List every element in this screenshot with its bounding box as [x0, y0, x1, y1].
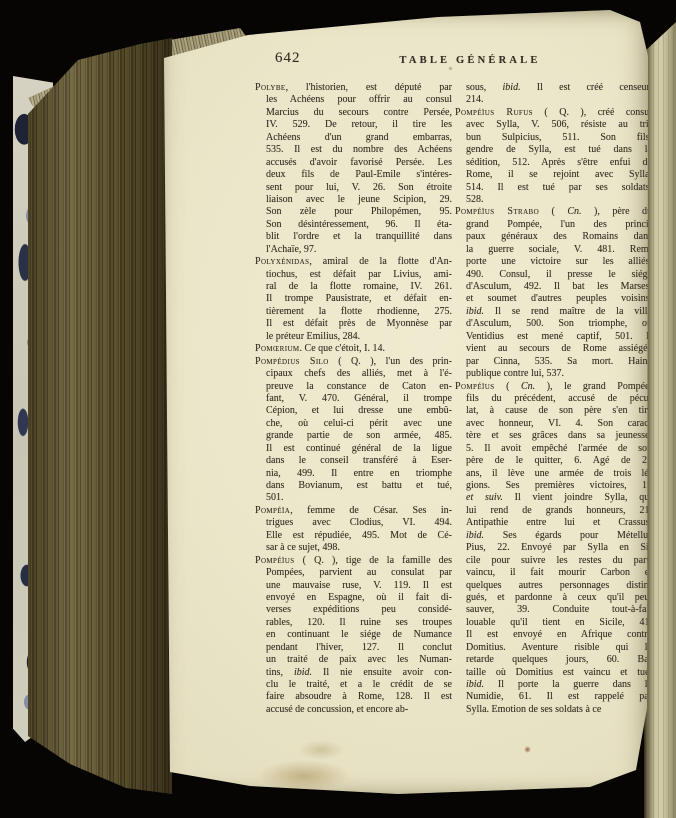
text-line: envoyé en Espagne, où il fait di-: [255, 592, 452, 604]
text-line: lui rend de grands honneurs, 21.: [455, 505, 652, 517]
text-line: Pompédius Silo ( Q. ), l'un des prin-: [255, 356, 452, 368]
text-line: 5. Il avoit empêché l'armée de son: [455, 443, 652, 455]
text-line: 528.: [455, 194, 652, 206]
foxing-spot: [448, 66, 453, 71]
text-line: ral de la flotte romaine, IV. 261.: [255, 281, 452, 293]
text-line: louable qu'il tient en Sicile, 41.: [455, 617, 652, 629]
text-line: sauver, 39. Conduite tout-à-fait: [455, 604, 652, 616]
text-line: sent pour lui, V. 26. Son étroite: [255, 182, 452, 194]
text-line: ans, il lève une armée de trois lé-: [455, 468, 652, 480]
text-line: trigues avec Clodius, VI. 494.: [255, 517, 452, 529]
text-line: par Cinna, 535. Sa mort. Haine: [455, 356, 652, 368]
text-line: Elle est répudiée, 495. Mot de Cé-: [255, 530, 452, 542]
text-line: père de le quitter, 6. Agé de 23: [455, 455, 652, 467]
text-line: deux fils de Paul-Emile s'intéres-: [255, 169, 452, 181]
text-line: et soumet d'autres peuples voisins,: [455, 293, 652, 305]
text-line: ibid. Il porte la guerre dans la: [455, 679, 652, 691]
text-line: cipaux chefs des alliés, met à l'é-: [255, 368, 452, 380]
text-line: 490. Consul, il presse le siége: [455, 269, 652, 281]
text-line: verses expéditions peu considé-: [255, 604, 452, 616]
text-line: et suiv. Il vient joindre Sylla, qui: [455, 492, 652, 504]
text-line: grand Pompée, l'un des princi-: [455, 219, 652, 231]
text-line: sédition, 512. Après s'être enfui de: [455, 157, 652, 169]
text-line: porte une victoire sur les alliés,: [455, 256, 652, 268]
text-line: vient au secours de Rome assiégée: [455, 343, 652, 355]
text-line: Il est continué général de la ligue: [255, 443, 452, 455]
scan-background: { "book": { "page_number": "642", "runni…: [0, 0, 676, 818]
text-line: pendant l'hiver, 127. Il conclut: [255, 642, 452, 654]
text-line: accusé de concussion, et encore ab-: [255, 704, 452, 716]
text-line: taille où Domitius est vaincu et tué,: [455, 667, 652, 679]
text-line: d'Asculum, 500. Son triomphe, où: [455, 318, 652, 330]
text-line: dans Bovianum, est battu et tué,: [255, 480, 452, 492]
text-line: 514. Il est tué par ses soldats,: [455, 182, 652, 194]
text-line: tiochus, est défait par Livius, ami-: [255, 269, 452, 281]
text-line: avec honneur, VI. 4. Son carac-: [455, 418, 652, 430]
facing-page-edge: [644, 0, 676, 818]
text-column-right: sous, ibid. Il est créé censeur,214.Pomp…: [455, 82, 652, 716]
text-line: Pompéïus Strabo ( Cn. ), père du: [455, 206, 652, 218]
foxing-spot: [162, 28, 174, 38]
text-line: Pompéïus ( Q. ), tige de la famille des: [255, 555, 452, 567]
book-page: 642 TABLE GÉNÉRALE Polybe, l'historien, …: [158, 8, 650, 796]
text-line: Numidie, 61. Il est rappelé par: [455, 691, 652, 703]
text-line: le préteur Emilius, 284.: [255, 331, 452, 343]
text-line: quelques autres personnages distin-: [455, 580, 652, 592]
text-line: grande partie de son armée, 485.: [255, 430, 452, 442]
text-line: 501.: [255, 492, 452, 504]
text-line: paux généraux des Romains dans: [455, 231, 652, 243]
text-line: les Achéens pour offrir au consul: [255, 94, 452, 106]
text-line: Pompéïus ( Cn. ), le grand Pompée,: [455, 381, 652, 393]
text-line: tièrement la flotte rhodienne, 275.: [255, 306, 452, 318]
text-line: sar à ce sujet, 498.: [255, 542, 452, 554]
text-line: 214.: [455, 94, 652, 106]
text-line: cile pour suivre les restes du parti: [455, 555, 652, 567]
text-line: Polyxénidas, amiral de la flotte d'An-: [255, 256, 452, 268]
text-line: Polybe, l'historien, est député par: [255, 82, 452, 94]
text-line: Domitius. Aventure risible qui le: [455, 642, 652, 654]
text-line: clu le traité, et a le crédit de se: [255, 679, 452, 691]
text-line: Pompées, parvient au consulat par: [255, 567, 452, 579]
paper-stain: [258, 760, 350, 792]
text-line: gions. Ses premières victoires, 19: [455, 480, 652, 492]
text-line: Il trompe Pausistrate, et défait en-: [255, 293, 452, 305]
text-line: sous, ibid. Il est créé censeur,: [455, 82, 652, 94]
text-line: Marcius du secours contre Persée,: [255, 107, 452, 119]
text-line: accusés d'avoir favorisé Persée. Les: [255, 157, 452, 169]
text-line: Antipathie entre lui et Crassus,: [455, 517, 652, 529]
text-line: Son désintéressement, 96. Il éta-: [255, 219, 452, 231]
text-line: ibid. Il se rend maître de la ville: [455, 306, 652, 318]
text-line: un traité de paix avec les Numan-: [255, 654, 452, 666]
text-line: Cépion, et lui dresse une embû-: [255, 405, 452, 417]
text-line: nia, 499. Il entre en triomphe: [255, 468, 452, 480]
text-line: Sylla. Emotion de ses soldats à ce: [455, 704, 652, 716]
text-line: d'Asculum, 492. Il bat les Marses,: [455, 281, 652, 293]
text-line: che, où celui-ci périt avec une: [255, 418, 452, 430]
text-line: Pomœrium. Ce que c'étoit, I. 14.: [255, 343, 452, 355]
text-line: dans le conseil transféré à Eser-: [255, 455, 452, 467]
text-line: vaincu, il fait mourir Carbon et: [455, 567, 652, 579]
text-line: 535. Il est du nombre des Achéens: [255, 144, 452, 156]
text-line: gués, et pardonne à ceux qu'il peut: [455, 592, 652, 604]
book-fore-edge: [28, 34, 172, 794]
paper-stain: [298, 740, 344, 760]
text-line: en continuant le siége de Numance: [255, 629, 452, 641]
text-line: fant, V. 470. Général, il trompe: [255, 393, 452, 405]
text-line: gendre de Sylla, est tué dans la: [455, 144, 652, 156]
text-line: publique contre lui, 537.: [455, 368, 652, 380]
text-line: liaison avec le jeune Scipion, 29.: [255, 194, 452, 206]
text-line: faire absoudre à Rome, 128. Il est: [255, 691, 452, 703]
text-line: Son zèle pour Philopémen, 95.: [255, 206, 452, 218]
text-line: rables, 120. Il ruine ses troupes: [255, 617, 452, 629]
text-line: Il est envoyé en Afrique contre: [455, 629, 652, 641]
text-line: lat, à cause de son père s'en tire: [455, 405, 652, 417]
text-line: tère et ses grâces dans sa jeunesse,: [455, 430, 652, 442]
text-line: Il est défait près de Myonnèse par: [255, 318, 452, 330]
text-line: la guerre sociale, V. 481. Rem-: [455, 244, 652, 256]
text-line: l'Achaïe, 97.: [255, 244, 452, 256]
text-line: une mauvaise ruse, V. 119. Il est: [255, 580, 452, 592]
text-line: bun Sulpicius, 511. Son fils,: [455, 132, 652, 144]
text-line: IV. 529. De retour, il tire les: [255, 119, 452, 131]
text-line: tins, ibid. Il nie ensuite avoir con-: [255, 667, 452, 679]
text-line: fils du précédent, accusé de pécu-: [455, 393, 652, 405]
text-line: Ventidius est mené captif, 501. Il: [455, 331, 652, 343]
text-line: Pompéïus Rufus ( Q. ), créé consul: [455, 107, 652, 119]
text-line: blit l'ordre et la tranquillité dans: [255, 231, 452, 243]
text-line: avec Sylla, V. 506, résiste au tri-: [455, 119, 652, 131]
text-line: ibid. Ses égards pour Métellus: [455, 530, 652, 542]
text-line: retarde quelques jours, 60. Ba-: [455, 654, 652, 666]
running-title: TABLE GÉNÉRALE: [310, 55, 630, 66]
text-line: Rome, il se rejoint avec Sylla,: [455, 169, 652, 181]
foxing-spot: [524, 746, 531, 753]
text-line: Pius, 22. Envoyé par Sylla en Si-: [455, 542, 652, 554]
text-line: Achéens d'un grand embarras,: [255, 132, 452, 144]
text-line: preuve la constance de Caton en-: [255, 381, 452, 393]
text-column-left: Polybe, l'historien, est député parles A…: [255, 82, 452, 716]
text-line: Pompéïa, femme de César. Ses in-: [255, 505, 452, 517]
page-number: 642: [275, 50, 301, 67]
